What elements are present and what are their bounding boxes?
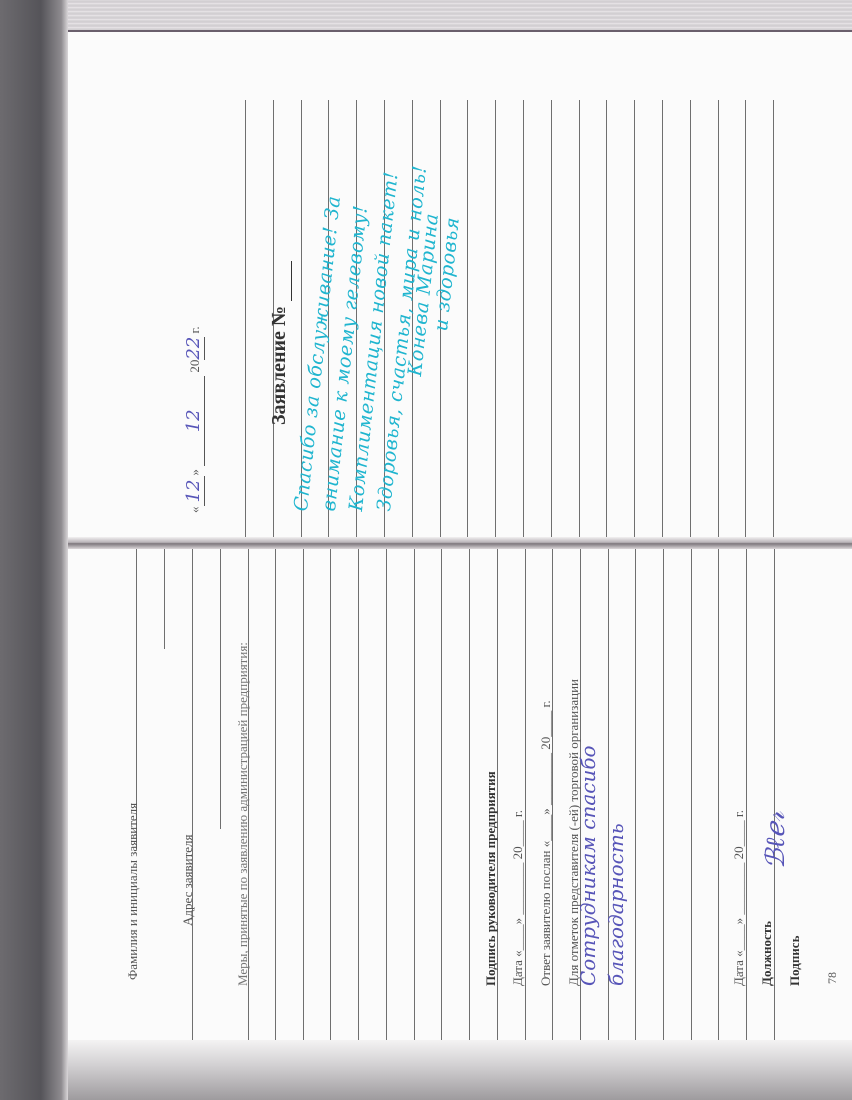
signature-label: Подпись bbox=[787, 936, 803, 986]
book-spine bbox=[68, 537, 852, 549]
ruled-line bbox=[192, 549, 193, 1040]
position-label: Должность bbox=[759, 921, 775, 986]
ruled-line bbox=[441, 549, 442, 1040]
page-edges-top bbox=[68, 0, 852, 32]
date-label-2: Дата «____» ________ 20____ г. bbox=[731, 810, 747, 986]
page-79: «12» 12 2022 г. Заявление № Спасибо за о… bbox=[68, 30, 852, 537]
page-edges-bottom bbox=[68, 1040, 852, 1100]
ruled-line bbox=[469, 549, 470, 1040]
manager-signature-label: Подпись руководителя предприятия bbox=[483, 771, 499, 986]
ruled-line bbox=[745, 100, 746, 537]
ruled-line bbox=[164, 549, 165, 649]
applicant-address-label: Адрес заявителя bbox=[180, 834, 196, 926]
ruled-line bbox=[358, 549, 359, 1040]
ruled-line bbox=[662, 100, 663, 537]
date-day: 12 bbox=[183, 476, 205, 507]
page-78: Фамилия и инициалы заявителя Адрес заяви… bbox=[68, 549, 852, 1040]
ruled-line bbox=[414, 549, 415, 1040]
ruled-line bbox=[606, 100, 607, 537]
date-month: 12 bbox=[183, 376, 205, 466]
ruled-line bbox=[303, 549, 304, 1040]
handwritten-remark-2: благодарность bbox=[604, 823, 628, 986]
ruled-line bbox=[690, 100, 691, 537]
ruled-line bbox=[330, 549, 331, 1040]
ruled-line bbox=[386, 549, 387, 1040]
ruled-line bbox=[634, 100, 635, 537]
ruled-line bbox=[718, 100, 719, 537]
handwritten-remark-1: Сотрудникам спасибо bbox=[576, 745, 600, 986]
ruled-line bbox=[467, 100, 468, 537]
signature: ℬℓℯ𝓇 bbox=[761, 812, 792, 870]
date-label-1: Дата «____» ________ 20____ г. bbox=[510, 810, 526, 986]
ruled-line bbox=[663, 549, 664, 1040]
ruled-line bbox=[635, 549, 636, 1040]
ruled-line bbox=[523, 100, 524, 537]
applicant-name-label: Фамилия и инициалы заявителя bbox=[125, 803, 141, 980]
reply-sent-label: Ответ заявителю послан «____» ________ 2… bbox=[538, 700, 554, 986]
date-line: «12» 12 2022 г. bbox=[183, 326, 205, 513]
ruled-line bbox=[579, 100, 580, 537]
ruled-line bbox=[275, 549, 276, 1040]
ruled-line bbox=[220, 549, 221, 829]
date-year: 22 bbox=[183, 337, 205, 360]
measures-label: Меры, принятые по заявлению администраци… bbox=[235, 642, 251, 986]
ruled-line bbox=[245, 100, 246, 537]
ruled-line bbox=[691, 549, 692, 1040]
page-title: Заявление № bbox=[268, 261, 292, 425]
ruled-line bbox=[773, 100, 774, 537]
book-binding bbox=[0, 0, 68, 1100]
page-number: 78 bbox=[825, 972, 840, 984]
ruled-line bbox=[551, 100, 552, 537]
ruled-line bbox=[495, 100, 496, 537]
ruled-line bbox=[718, 549, 719, 1040]
